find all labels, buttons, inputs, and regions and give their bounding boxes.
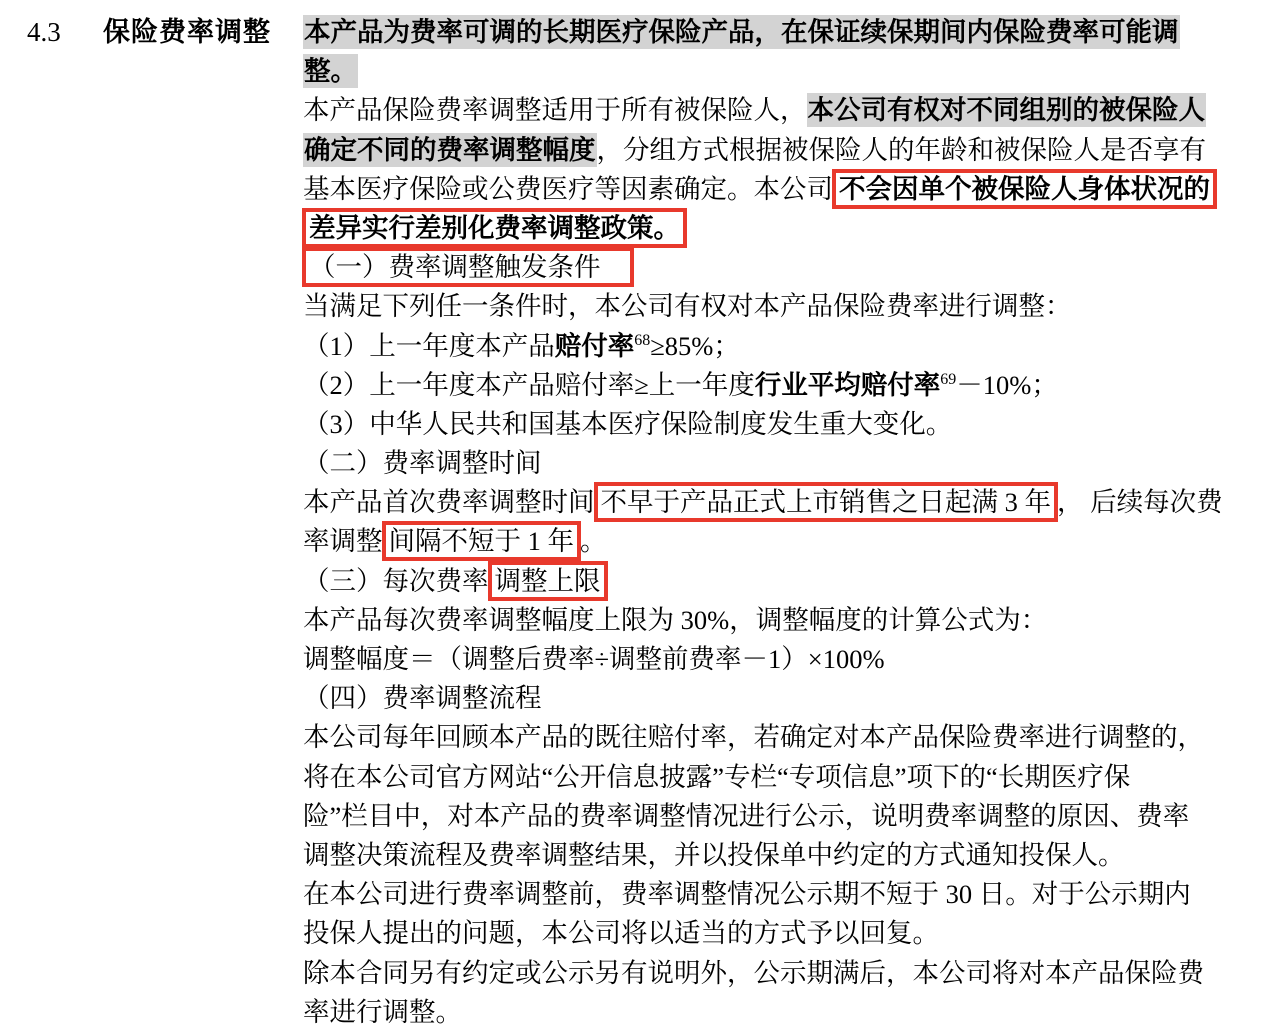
text-line: 本公司每年回顾本产品的既往赔付率，若确定对本产品保险费率进行调整的， [303, 718, 1280, 757]
footnote-reference: 69 [940, 371, 956, 388]
text-segment: －10%； [956, 370, 1058, 400]
text-line: 确定不同的费率调整幅度，分组方式根据被保险人的年龄和被保险人是否享有 [303, 131, 1280, 170]
text-segment: （二）费率调整时间 [303, 448, 542, 478]
document-page: 4.3 保险费率调整 本产品为费率可调的长期医疗保险产品，在保证续保期间内保险费… [0, 0, 1280, 1032]
section-number: 4.3 [0, 13, 103, 52]
text-segment: 本产品首次费率调整时间 [303, 487, 595, 517]
text-line: （2）上一年度本产品赔付率≥上一年度行业平均赔付率69－10%； [303, 366, 1280, 405]
text-segment: 调整幅度＝（调整后费率÷调整前费率－1）×100% [303, 644, 885, 674]
text-line: 本产品首次费率调整时间不早于产品正式上市销售之日起满 3 年， 后续每次费 [303, 483, 1280, 522]
text-segment: 除本合同另有约定或公示另有说明外，公示期满后，本公司将对本产品保险费 [303, 958, 1204, 988]
text-line: 本产品为费率可调的长期医疗保险产品，在保证续保期间内保险费率可能调 [303, 13, 1280, 52]
text-line: 除本合同另有约定或公示另有说明外，公示期满后，本公司将对本产品保险费 [303, 954, 1280, 993]
highlighted-text: 本产品为费率可调的长期医疗保险产品，在保证续保期间内保险费率可能调 [303, 15, 1180, 49]
text-segment: 本公司每年回顾本产品的既往赔付率，若确定对本产品保险费率进行调整的， [303, 722, 1204, 752]
text-segment: 当满足下列任一条件时，本公司有权对本产品保险费率进行调整： [303, 291, 1072, 321]
red-annotation-box: 调整上限 [488, 561, 608, 601]
text-line: 本产品每次费率调整幅度上限为 30%，调整幅度的计算公式为： [303, 601, 1280, 640]
text-line: 将在本公司官方网站“公开信息披露”专栏“专项信息”项下的“长期医疗保 [303, 758, 1280, 797]
text-segment: 在本公司进行费率调整前，费率调整情况公示期不短于 30 日。对于公示期内 [303, 879, 1191, 909]
text-segment: ， 后续每次费 [1057, 487, 1223, 517]
section-body: 本产品为费率可调的长期医疗保险产品，在保证续保期间内保险费率可能调整。本产品保险… [303, 13, 1280, 1032]
footnote-reference: 68 [634, 332, 650, 349]
text-segment: （三）每次费率 [303, 566, 489, 596]
text-segment: 投保人提出的问题，本公司将以适当的方式予以回复。 [303, 918, 939, 948]
text-segment: 本产品每次费率调整幅度上限为 30%，调整幅度的计算公式为： [303, 605, 1047, 635]
red-annotation-box: 间隔不短于 1 年 [382, 521, 582, 561]
text-line: 调整幅度＝（调整后费率÷调整前费率－1）×100% [303, 640, 1280, 679]
text-line: （一）费率调整触发条件 [303, 248, 1280, 287]
red-annotation-box: 不会因单个被保险人身体状况的 [832, 169, 1217, 209]
highlighted-text: 确定不同的费率调整幅度 [303, 133, 597, 167]
text-line: 差异实行差别化费率调整政策。 [303, 209, 1280, 248]
text-line: 在本公司进行费率调整前，费率调整情况公示期不短于 30 日。对于公示期内 [303, 875, 1280, 914]
highlighted-text: 本公司有权对不同组别的被保险人 [807, 93, 1207, 127]
text-segment: （四）费率调整流程 [303, 683, 542, 713]
text-line: 率进行调整。 [303, 993, 1280, 1032]
text-segment: 调整决策流程及费率调整结果，并以投保单中约定的方式通知投保人。 [303, 840, 1125, 870]
text-line: （1）上一年度本产品赔付率68≥85%； [303, 327, 1280, 366]
text-segment: 本产品保险费率调整适用于所有被保险人， [303, 95, 807, 125]
text-line: 投保人提出的问题，本公司将以适当的方式予以回复。 [303, 914, 1280, 953]
text-line: 调整决策流程及费率调整结果，并以投保单中约定的方式通知投保人。 [303, 836, 1280, 875]
text-segment: 。 [580, 526, 607, 556]
text-segment: （2）上一年度本产品赔付率≥上一年度 [303, 370, 755, 400]
section-title: 保险费率调整 [103, 13, 303, 52]
text-segment: 基本医疗保险或公费医疗等因素确定。本公司 [303, 174, 833, 204]
text-line: 基本医疗保险或公费医疗等因素确定。本公司不会因单个被保险人身体状况的 [303, 170, 1280, 209]
text-line: 率调整间隔不短于 1 年。 [303, 522, 1280, 561]
text-line: 险”栏目中，对本产品的费率调整情况进行公示，说明费率调整的原因、费率 [303, 797, 1280, 836]
red-annotation-box: （一）费率调整触发条件 [302, 247, 634, 287]
text-segment: 险”栏目中，对本产品的费率调整情况进行公示，说明费率调整的原因、费率 [303, 801, 1189, 831]
text-line: 整。 [303, 52, 1280, 91]
highlighted-text: 整。 [303, 54, 358, 88]
text-line: （3）中华人民共和国基本医疗保险制度发生重大变化。 [303, 405, 1280, 444]
text-line: 本产品保险费率调整适用于所有被保险人，本公司有权对不同组别的被保险人 [303, 91, 1280, 130]
red-annotation-box: 差异实行差别化费率调整政策。 [302, 208, 687, 248]
text-line: （二）费率调整时间 [303, 444, 1280, 483]
text-segment: （3）中华人民共和国基本医疗保险制度发生重大变化。 [303, 409, 952, 439]
text-segment: 行业平均赔付率 [755, 370, 941, 400]
text-line: （四）费率调整流程 [303, 679, 1280, 718]
text-segment: ≥85%； [650, 331, 740, 361]
text-segment: ，分组方式根据被保险人的年龄和被保险人是否享有 [597, 135, 1207, 165]
text-segment: 率进行调整。 [303, 997, 462, 1027]
text-line: （三）每次费率调整上限 [303, 562, 1280, 601]
text-line: 当满足下列任一条件时，本公司有权对本产品保险费率进行调整： [303, 287, 1280, 326]
red-annotation-box: 不早于产品正式上市销售之日起满 3 年 [594, 482, 1059, 522]
text-segment: （1）上一年度本产品 [303, 331, 555, 361]
text-segment: 赔付率 [555, 331, 635, 361]
text-segment: 率调整 [303, 526, 383, 556]
text-segment: 将在本公司官方网站“公开信息披露”专栏“专项信息”项下的“长期医疗保 [303, 762, 1130, 792]
